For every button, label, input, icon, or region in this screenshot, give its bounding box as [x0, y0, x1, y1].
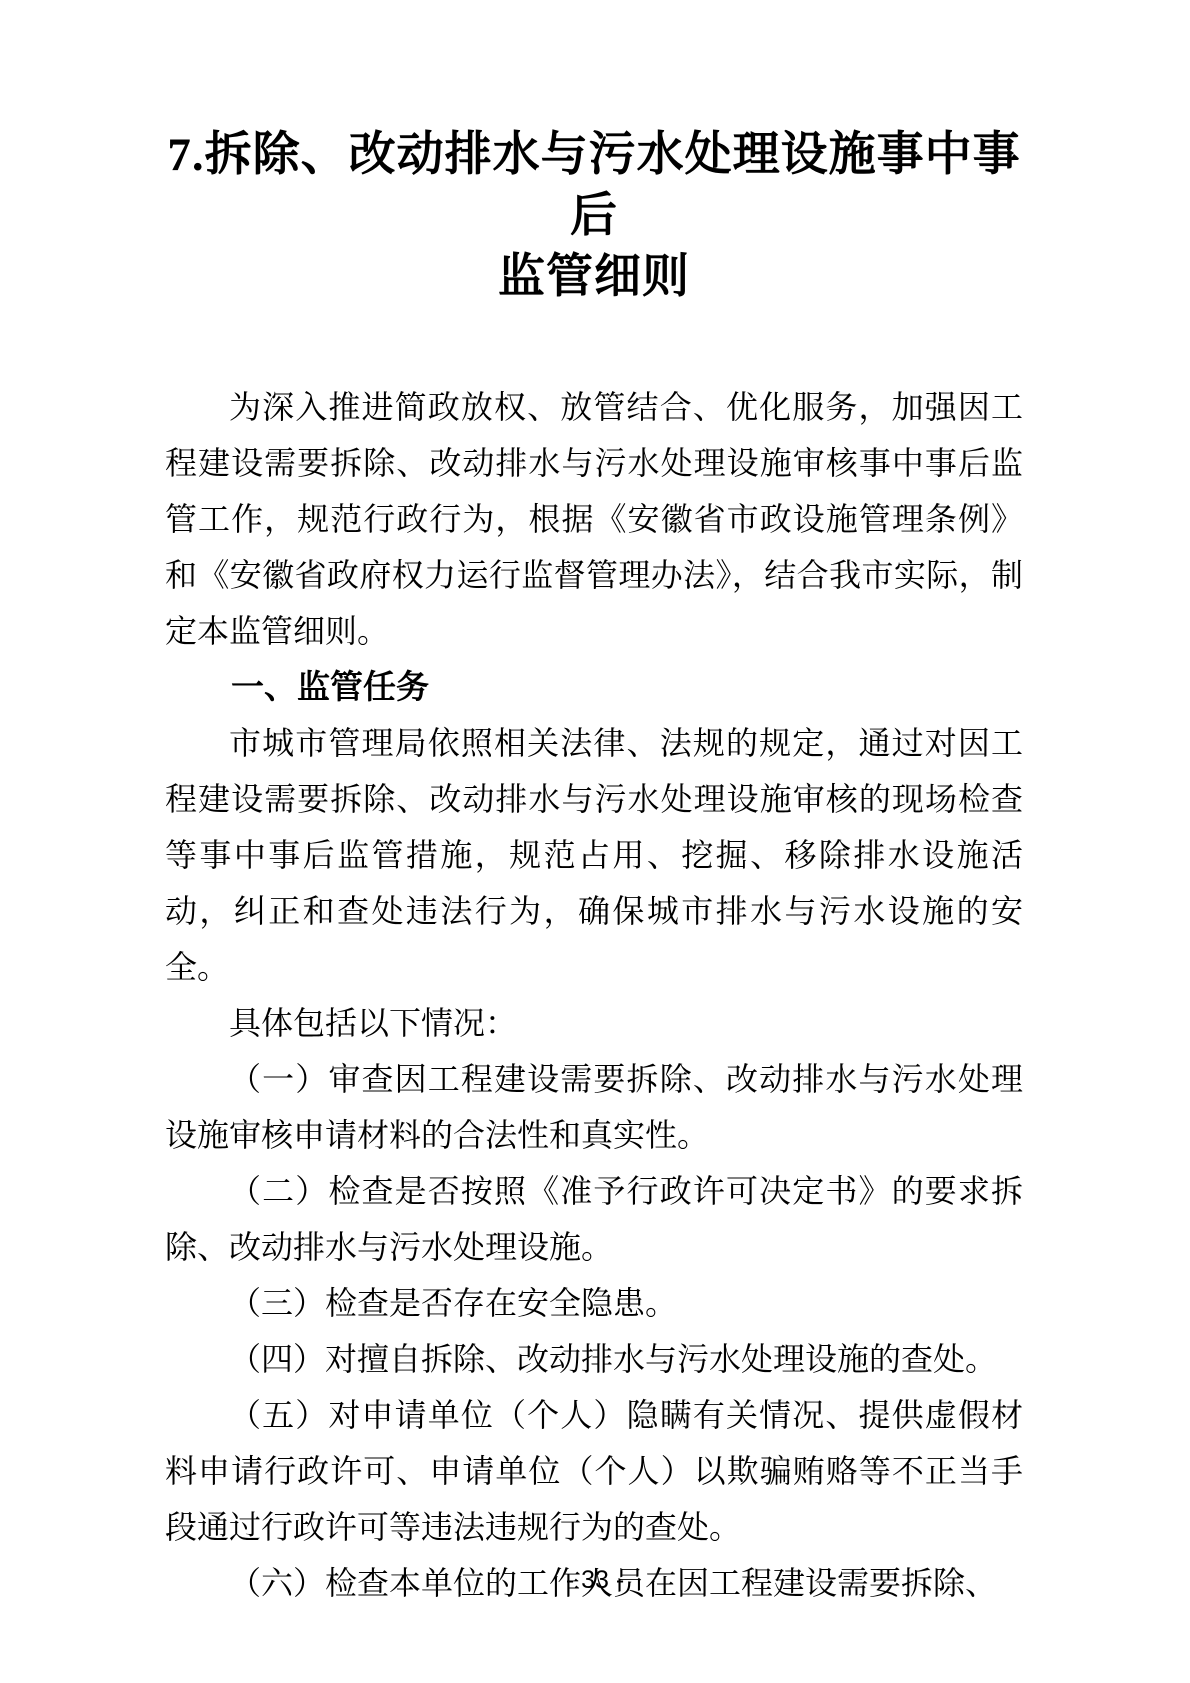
- paragraph-item-1: （一）审查因工程建设需要拆除、改动排水与污水处理设施审核申请材料的合法性和真实性…: [165, 1051, 1023, 1163]
- paragraph-intro: 为深入推进简政放权、放管结合、优化服务，加强因工程建设需要拆除、改动排水与污水处…: [165, 379, 1023, 659]
- paragraph-item-2: （二）检查是否按照《准予行政许可决定书》的要求拆除、改动排水与污水处理设施。: [165, 1163, 1023, 1275]
- title-line-1: 7.拆除、改动排水与污水处理设施事中事后: [165, 125, 1023, 247]
- paragraph-item-4: （四）对擅自拆除、改动排水与污水处理设施的查处。: [165, 1331, 1023, 1387]
- document-title: 7.拆除、改动排水与污水处理设施事中事后 监管细则: [165, 125, 1023, 308]
- section-heading-supervision-tasks: 一、监管任务: [165, 659, 1023, 715]
- paragraph-item-5: （五）对申请单位（个人）隐瞒有关情况、提供虚假材料申请行政许可、申请单位（个人）…: [165, 1387, 1023, 1555]
- document-page: 7.拆除、改动排水与污水处理设施事中事后 监管细则 为深入推进简政放权、放管结合…: [0, 0, 1190, 1683]
- title-line-2: 监管细则: [165, 247, 1023, 308]
- paragraph-item-3: （三）检查是否存在安全隐患。: [165, 1275, 1023, 1331]
- paragraph-situations-lead-in: 具体包括以下情况：: [165, 995, 1023, 1051]
- page-footer: - 33 -: [0, 1566, 1190, 1595]
- paragraph-tasks-overview: 市城市管理局依照相关法律、法规的规定，通过对因工程建设需要拆除、改动排水与污水处…: [165, 715, 1023, 995]
- page-number: - 33 -: [566, 1566, 624, 1594]
- document-content: 7.拆除、改动排水与污水处理设施事中事后 监管细则 为深入推进简政放权、放管结合…: [165, 0, 1023, 1611]
